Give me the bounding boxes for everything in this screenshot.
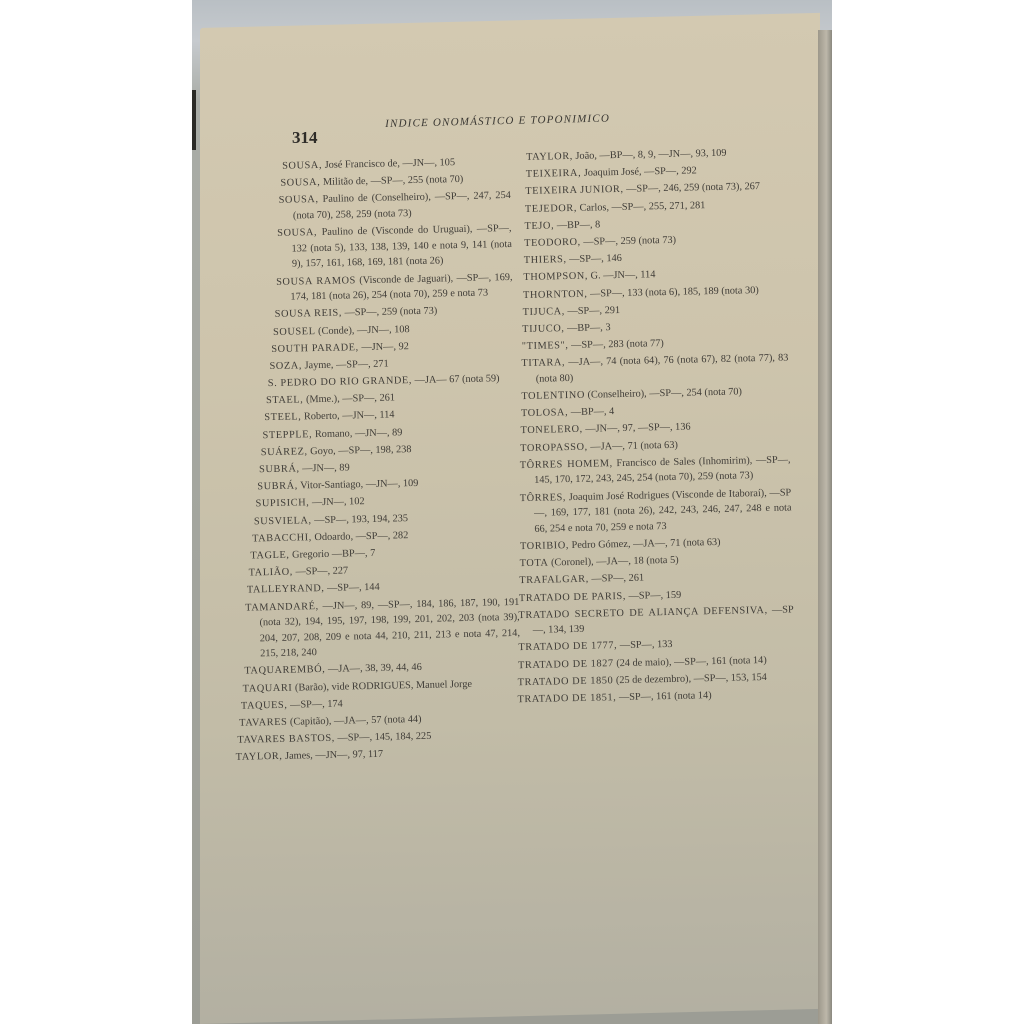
page-content: 314 INDICE ONOMÁSTICO E TOPONIMICO SOUSA… <box>0 0 1024 1024</box>
index-entry-heading: SOUSEL <box>273 326 316 338</box>
index-entry-heading: SOUSA REIS, <box>275 308 342 320</box>
index-entry-heading: SUÁREZ, <box>261 446 308 458</box>
index-entry-references: —SP—, 133 (nota 6), 185, 189 (nota 30) <box>587 285 759 300</box>
index-entry-references: (Conde), —JN—, 108 <box>315 324 409 337</box>
index-entry-references: Gregorio —BP—, 7 <box>289 548 375 561</box>
index-entry-heading: TORIBIO, <box>520 540 569 552</box>
index-entry-heading: SOUSA, <box>280 177 320 189</box>
index-entry-heading: TEODORO, <box>524 237 581 249</box>
index-entry-references: Odoardo, —SP—, 282 <box>312 530 409 543</box>
index-entry-heading: TEIXEIRA JUNIOR, <box>525 184 623 197</box>
index-entry-heading: SUBRÁ, <box>257 481 298 493</box>
index-entry-heading: SOUSA RAMOS <box>276 275 356 288</box>
index-entry-references: —BP—, 4 <box>568 406 614 418</box>
index-entry-references: João, —BP—, 8, 9, —JN—, 93, 109 <box>573 148 727 162</box>
index-entry-heading: TAVARES <box>239 717 287 729</box>
index-entry-heading: SOUSA, <box>282 160 322 172</box>
index-entry-references: —JN—, 89 <box>300 462 350 474</box>
index-entry-references: Romano, —JN—, 89 <box>312 427 402 440</box>
index-entry-heading: TAQUARI <box>243 682 293 694</box>
index-entry-heading: STEPPLE, <box>262 429 312 441</box>
index-entry-references: —SP—, 283 (nota 77) <box>568 338 663 351</box>
running-head: INDICE ONOMÁSTICO E TOPONIMICO <box>385 113 610 130</box>
index-entry-heading: TRATADO DE 1850 <box>518 675 614 688</box>
index-entry-heading: TOTA <box>520 558 549 570</box>
index-entry-heading: TOROPASSO, <box>520 441 588 453</box>
index-column-right: TAYLOR, João, —BP—, 8, 9, —JN—, 93, 109T… <box>522 145 796 710</box>
index-entry-heading: TIJUCO, <box>522 323 564 335</box>
index-entry-heading: TRAFALGAR, <box>519 574 589 586</box>
index-entry-references: (Coronel), —JA—, 18 (nota 5) <box>548 555 678 569</box>
index-entry-references: —SP—, 174 <box>287 698 342 710</box>
index-entry-references: —SP—, 133 <box>617 639 672 651</box>
index-entry-heading: TONELERO, <box>521 424 583 436</box>
index-entry-heading: TITARA, <box>521 357 565 369</box>
index-entry-heading: TAQUAREMBÓ, <box>244 664 325 677</box>
index-entry-references: —JA— 67 (nota 59) <box>412 373 500 386</box>
index-entry-heading: TALLEYRAND, <box>247 583 325 596</box>
index-entry-heading: TRATADO DE 1851, <box>517 692 616 705</box>
index-entry-heading: TEJO, <box>524 220 554 232</box>
index-entry-heading: TRATADO DE 1827 <box>518 658 614 671</box>
index-entry-heading: TAVARES BASTOS, <box>237 733 335 746</box>
index-entry-heading: TEJEDOR, <box>525 202 577 214</box>
index-entry-references: —SP—, 259 (nota 73) <box>342 306 437 319</box>
index-entry-heading: TAYLOR, <box>236 751 283 763</box>
index-entry: SOUSA, Paulino de (Conselheiro), —SP—, 2… <box>279 188 512 224</box>
index-entry: TÔRRES, Joaquim José Rodrigues (Visconde… <box>520 485 792 537</box>
index-entry-references: —SP—, 146 <box>567 253 622 265</box>
index-entry-heading: THORNTON, <box>523 288 588 300</box>
index-entry: TRATADO SECRETO DE ALIANÇA DEFENSIVA, —S… <box>518 602 794 639</box>
index-entry-references: (Conselheiro), —SP—, 254 (nota 70) <box>585 386 742 400</box>
index-entry: TAMANDARÉ, —JN—, 89, —SP—, 184, 186, 187… <box>245 594 520 662</box>
index-entry-heading: "TIMES", <box>522 340 569 352</box>
index-entry-heading: TALIÃO, <box>249 567 294 579</box>
index-entry-heading: TOLENTINO <box>521 390 585 402</box>
index-entry-heading: TAYLOR, <box>526 151 573 163</box>
index-entry-references: —SP—, 291 <box>565 305 620 317</box>
index-entry-references: Vitor-Santiago, —JN—, 109 <box>298 478 419 492</box>
index-entry-heading: STEEL, <box>264 412 301 424</box>
index-entry-references: (24 de maio), —SP—, 161 (nota 14) <box>614 655 767 669</box>
index-entry-references: —JA—, 74 (nota 64), 76 (nota 67), 82 (no… <box>536 353 789 385</box>
index-entry-references: Paulino de (Conselheiro), —SP—, 247, 254… <box>293 190 511 221</box>
index-entry-heading: TIJUCA, <box>523 306 565 318</box>
index-entry-references: —SP—, 259 (nota 73) <box>581 235 676 248</box>
index-entry-heading: TRATADO DE 1777, <box>518 641 617 654</box>
index-entry-heading: SOUTH PARADE, <box>271 342 359 355</box>
index-entry-references: —BP—, 8 <box>554 219 600 231</box>
index-entry-references: (Mme.), —SP—, 261 <box>303 393 395 406</box>
index-entry-references: —JN—, 92 <box>359 341 409 353</box>
index-entry-heading: TAQUES, <box>241 700 288 712</box>
page-number: 314 <box>292 128 318 148</box>
index-entry-references: —SP—, 161 (nota 14) <box>616 690 711 703</box>
index-entry-heading: SOZA, <box>269 360 302 372</box>
index-entry-references: —JA—, 38, 39, 44, 46 <box>325 662 422 675</box>
index-entry-heading: SUBRÁ, <box>259 463 300 475</box>
index-entry-heading: THOMPSON, <box>523 271 588 283</box>
index-entry-references: (Capitão), —JA—, 57 (nota 44) <box>287 714 421 728</box>
index-entry-heading: TRATADO DE PARIS, <box>519 590 626 603</box>
index-entry-references: Militão de, —SP—, 255 (nota 70) <box>320 174 463 188</box>
index-entry-references: —BP—, 3 <box>564 322 610 334</box>
index-entry-references: G. —JN—, 114 <box>588 270 656 282</box>
index-entry-heading: TOLOSA, <box>521 407 568 419</box>
index-entry-references: —SP—, 261 <box>589 573 644 585</box>
index-entry-references: —JA—, 71 (nota 63) <box>588 439 678 452</box>
index-entry-references: —JN—, 97, —SP—, 136 <box>583 422 691 435</box>
index-entry-references: (25 de dezembro), —SP—, 153, 154 <box>613 672 767 686</box>
index-entry-references: James, —JN—, 97, 117 <box>282 749 383 762</box>
index-entry-references: —SP—, 144 <box>324 582 379 594</box>
index-entry-references: —SP—, 159 <box>626 589 681 601</box>
index-entry-heading: THIERS, <box>524 254 567 266</box>
index-entry-heading: SOUSA, <box>279 194 319 206</box>
index-entry: SOUSA, Paulino de (Visconde do Uruguai),… <box>277 221 512 273</box>
index-entry-heading: SUPISICH, <box>256 498 310 510</box>
index-entry: TÔRRES HOMEM, Francisco de Sales (Inhomi… <box>520 452 791 489</box>
index-entry: SOUSA RAMOS (Visconde de Jaguari), —SP—,… <box>276 269 513 305</box>
index-entry-heading: TRATADO SECRETO DE ALIANÇA DEFENSIVA, <box>518 605 767 621</box>
index-entry-references: José Francisco de, —JN—, 105 <box>322 157 455 171</box>
index-entry-references: Goyo, —SP—, 198, 238 <box>308 444 412 457</box>
index-entry-heading: TABACCHI, <box>252 532 312 544</box>
index-entry-heading: TAGLE, <box>250 550 289 562</box>
index-entry-references: Joaquim José, —SP—, 292 <box>581 166 697 179</box>
index-entry-heading: TAMANDARÉ, <box>245 601 319 614</box>
index-entry-references: Jayme, —SP—, 271 <box>302 358 389 371</box>
index-entry: TITARA, —JA—, 74 (nota 64), 76 (nota 67)… <box>521 351 789 388</box>
index-entry-heading: TÔRRES HOMEM, <box>520 458 613 471</box>
index-entry-heading: TÔRRES, <box>520 492 566 504</box>
index-entry-references: (Barão), vide RODRIGUES, Manuel Jorge <box>292 679 472 694</box>
index-entry-heading: SOUSA, <box>277 227 317 239</box>
index-entry-references: —JN—, 102 <box>309 496 364 508</box>
index-entry-references: —SP—, 246, 259 (nota 73), 267 <box>624 181 761 195</box>
index-entry-references: Pedro Gómez, —JA—, 71 (nota 63) <box>569 537 721 551</box>
index-entry-references: Paulino de (Visconde do Uruguai), —SP—, … <box>291 223 511 270</box>
index-entry-references: Joaquim José Rodrigues (Visconde de Itab… <box>534 487 792 535</box>
index-entry-heading: STAEL, <box>266 395 304 407</box>
index-entry-references: Roberto, —JN—, 114 <box>301 410 394 423</box>
index-entry-references: —SP—, 227 <box>293 566 348 578</box>
index-entry-heading: SUSVIELA, <box>254 515 312 527</box>
index-entry-heading: S. PEDRO DO RIO GRANDE, <box>268 375 412 389</box>
index-entry-references: Carlos, —SP—, 255, 271, 281 <box>577 200 706 214</box>
index-entry-references: —SP—, 193, 194, 235 <box>312 513 409 526</box>
index-entry-heading: TEIXEIRA, <box>526 168 582 180</box>
index-column-left: SOUSA, José Francisco de, —JN—, 105SOUSA… <box>270 154 523 766</box>
index-entry-references: —SP—, 145, 184, 225 <box>335 731 432 744</box>
